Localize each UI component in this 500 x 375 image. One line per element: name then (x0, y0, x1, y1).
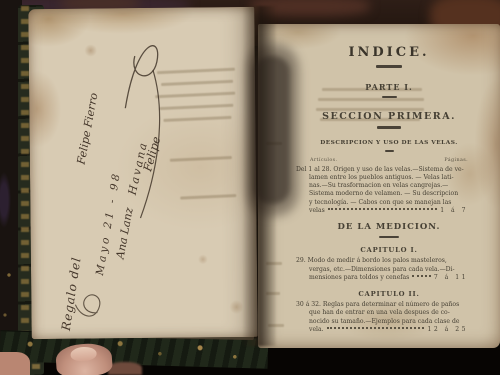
section-rule (377, 126, 401, 129)
toc-entry: 30 á 32. Reglas para determinar el númer… (292, 301, 468, 334)
toc-entry-line: 30 á 32. Reglas para determinar el númer… (296, 301, 468, 309)
toc-entry-line: nas.—Su trasformacion en velas cangrejas… (296, 182, 468, 190)
chapter-heading: CAPITULO I. (301, 246, 477, 254)
dot-leader (412, 275, 431, 277)
spine-gold-pattern (21, 5, 29, 375)
toc-entry-line: mensiones para toldos y cenefas (309, 274, 409, 282)
section-label: SECCION PRIMERA. (301, 111, 477, 122)
part-rule (382, 96, 397, 98)
index-title: INDICE. (301, 45, 477, 60)
camera-shadow-core (254, 56, 290, 204)
signature-flourish (28, 7, 257, 339)
toc-entry: Del 1 al 28. Origen y uso de las velas.—… (292, 166, 468, 216)
toc-entry-last-line: mensiones para toldos y cenefas 7 á 11 (296, 274, 468, 282)
toc-entry-line: que han de entrar en una vela despues de… (296, 309, 468, 317)
left-page: Regalo del Felipe Fierro Mayo 21 - 98 An… (28, 7, 257, 339)
page-range: 7 á 11 (434, 274, 468, 282)
column-header-articulos: Artículos. (310, 158, 337, 163)
dot-leader (328, 208, 437, 210)
medicion-heading: DE LA MEDICION. (301, 222, 477, 232)
toc-entry-line: vergas, etc.—Dimensiones para cada vela.… (296, 266, 468, 274)
medicion-rule (379, 236, 399, 238)
toc-entry-line: Sistema moderno de velamen. — Su descrip… (296, 190, 468, 198)
column-header-paginas: Páginas. (444, 158, 468, 163)
toc-entry-line: y tecnología. — Cabos con que se manejan… (296, 199, 468, 207)
column-headers: Artículos. Páginas. (292, 158, 468, 163)
title-rule (376, 65, 402, 68)
photo-scene: Regalo del Felipe Fierro Mayo 21 - 98 An… (0, 0, 500, 375)
index-page-content: INDICE. PARTE I. SECCION PRIMERA. DESCRI… (292, 24, 468, 334)
toc-entry: 29. Modo de medir á bordo los palos mast… (292, 257, 468, 282)
part-label: PARTE I. (301, 82, 477, 92)
chapter-heading: CAPITULO II. (301, 290, 477, 298)
page-range: 12 á 25 (427, 326, 468, 334)
subsection-rule (385, 150, 394, 152)
finger-corner (0, 352, 30, 375)
toc-entry-line: vela. (309, 326, 324, 334)
thumb-nail (70, 346, 97, 362)
page-range: 1 á 7 (440, 207, 468, 215)
toc-entry-line: lamen entre los pueblos antiguos. — Vela… (296, 174, 468, 182)
subsection-label: DESCRIPCION Y USO DE LAS VELAS. (301, 140, 477, 146)
toc-entry-line: velas (309, 207, 325, 215)
toc-entry-last-line: vela. 12 á 25 (296, 326, 468, 334)
dot-leader (327, 327, 425, 329)
toc-entry-last-line: velas 1 á 7 (296, 207, 468, 215)
toc-entry-line: nocido su tamaño.—Ejemplos para cada cla… (296, 318, 468, 326)
finger-knuckle (108, 362, 142, 375)
toc-entry-line: Del 1 al 28. Origen y uso de las velas.—… (296, 166, 468, 174)
toc-entry-line: 29. Modo de medir á bordo los palos mast… (296, 257, 468, 265)
